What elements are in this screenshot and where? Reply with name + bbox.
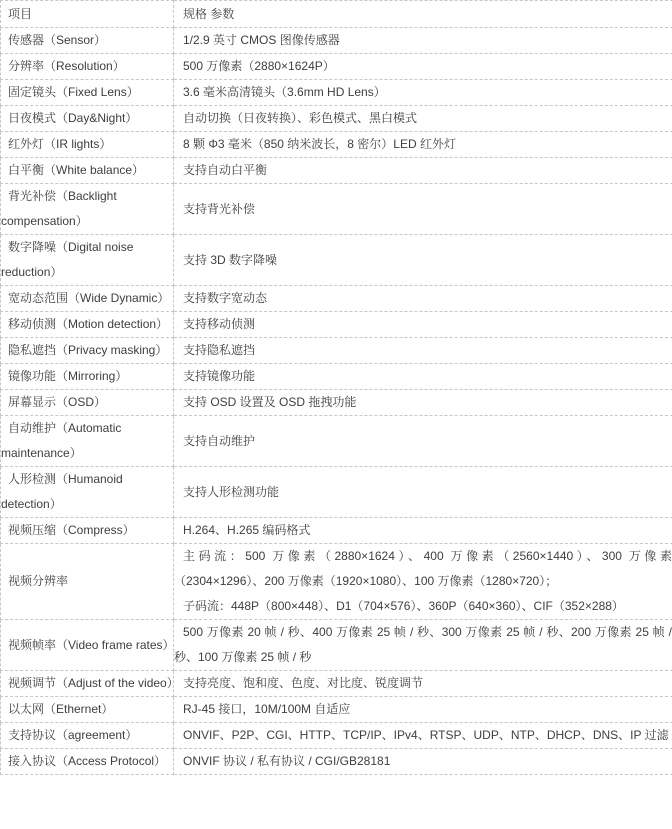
spec-label: 视频调节（Adjust of the video）: [1, 671, 174, 697]
spec-value: 支持亮度、饱和度、色度、对比度、锐度调节: [174, 671, 672, 697]
spec-value: 支持隐私遮挡: [174, 338, 672, 364]
table-row: 数字降噪（Digital noise reduction） 支持 3D 数字降噪: [1, 235, 672, 286]
table-row: 白平衡（White balance） 支持自动白平衡: [1, 158, 672, 184]
table-row: 以太网（Ethernet） RJ-45 接口，10M/100M 自适应: [1, 697, 672, 723]
spec-value-paragraph: 子码流：448P（800×448）、D1（704×576）、360P（640×3…: [174, 594, 672, 619]
spec-value: 500 万像素 20 帧 / 秒、400 万像素 25 帧 / 秒、300 万像…: [174, 620, 672, 671]
spec-label: 支持协议（agreement）: [1, 723, 174, 749]
spec-label: 视频帧率（Video frame rates）: [1, 620, 174, 671]
spec-value: 主码流：500 万像素（2880×1624）、400 万像素（2560×1440…: [174, 544, 672, 620]
spec-value-paragraph: 支持数字宽动态: [174, 286, 672, 311]
spec-label: 视频压缩（Compress）: [1, 518, 174, 544]
spec-value-paragraph: ONVIF 协议 / 私有协议 / CGI/GB28181: [174, 749, 672, 774]
table-row: 屏幕显示（OSD） 支持 OSD 设置及 OSD 拖拽功能: [1, 390, 672, 416]
spec-value-paragraph: 8 颗 Φ3 毫米（850 纳米波长，8 密尔）LED 红外灯: [174, 132, 672, 157]
spec-label: 白平衡（White balance）: [1, 158, 174, 184]
table-row: 镜像功能（Mirroring） 支持镜像功能: [1, 364, 672, 390]
spec-value: H.264、H.265 编码格式: [174, 518, 672, 544]
spec-value-paragraph: 支持自动维护: [174, 429, 672, 454]
spec-value: 1/2.9 英寸 CMOS 图像传感器: [174, 28, 672, 54]
table-row: 视频压缩（Compress） H.264、H.265 编码格式: [1, 518, 672, 544]
spec-value: 支持移动侦测: [174, 312, 672, 338]
spec-label: 人形检测（Humanoid detection）: [1, 467, 174, 518]
table-header-row: 项目 规格 参数: [1, 1, 672, 28]
spec-label: 传感器（Sensor）: [1, 28, 174, 54]
table-row: 固定镜头（Fixed Lens） 3.6 毫米高清镜头（3.6mm HD Len…: [1, 80, 672, 106]
spec-value: 8 颗 Φ3 毫米（850 纳米波长，8 密尔）LED 红外灯: [174, 132, 672, 158]
spec-value: 支持人形检测功能: [174, 467, 672, 518]
spec-label: 宽动态范围（Wide Dynamic）: [1, 286, 174, 312]
spec-value-paragraph: 500 万像素 20 帧 / 秒、400 万像素 25 帧 / 秒、300 万像…: [174, 620, 672, 670]
table-row: 日夜模式（Day&Night） 自动切换（日夜转换）、彩色模式、黑白模式: [1, 106, 672, 132]
spec-value-paragraph: 主码流：500 万像素（2880×1624）、400 万像素（2560×1440…: [174, 544, 672, 594]
spec-value: 自动切换（日夜转换）、彩色模式、黑白模式: [174, 106, 672, 132]
spec-value-paragraph: RJ-45 接口，10M/100M 自适应: [174, 697, 672, 722]
spec-value-paragraph: 1/2.9 英寸 CMOS 图像传感器: [174, 28, 672, 53]
spec-value: 500 万像素（2880×1624P）: [174, 54, 672, 80]
spec-value: 支持 OSD 设置及 OSD 拖拽功能: [174, 390, 672, 416]
spec-value: ONVIF、P2P、CGI、HTTP、TCP/IP、IPv4、RTSP、UDP、…: [174, 723, 672, 749]
spec-value: 支持自动维护: [174, 416, 672, 467]
spec-label: 日夜模式（Day&Night）: [1, 106, 174, 132]
spec-label: 红外灯（IR lights）: [1, 132, 174, 158]
spec-value: 3.6 毫米高清镜头（3.6mm HD Lens）: [174, 80, 672, 106]
spec-value-paragraph: 支持背光补偿: [174, 197, 672, 222]
spec-label: 移动侦测（Motion detection）: [1, 312, 174, 338]
spec-label: 镜像功能（Mirroring）: [1, 364, 174, 390]
spec-label: 数字降噪（Digital noise reduction）: [1, 235, 174, 286]
spec-label: 分辨率（Resolution）: [1, 54, 174, 80]
spec-value-paragraph: 支持亮度、饱和度、色度、对比度、锐度调节: [174, 671, 672, 696]
spec-value-paragraph: 支持人形检测功能: [174, 480, 672, 505]
table-row: 红外灯（IR lights） 8 颗 Φ3 毫米（850 纳米波长，8 密尔）L…: [1, 132, 672, 158]
spec-value-paragraph: 支持自动白平衡: [174, 158, 672, 183]
spec-label: 视频分辨率: [1, 544, 174, 620]
table-row: 背光补偿（Backlight compensation） 支持背光补偿: [1, 184, 672, 235]
spec-label: 背光补偿（Backlight compensation）: [1, 184, 174, 235]
table-row: 接入协议（Access Protocol） ONVIF 协议 / 私有协议 / …: [1, 749, 672, 775]
table-row: 宽动态范围（Wide Dynamic） 支持数字宽动态: [1, 286, 672, 312]
table-row: 视频调节（Adjust of the video） 支持亮度、饱和度、色度、对比…: [1, 671, 672, 697]
table-row: 移动侦测（Motion detection） 支持移动侦测: [1, 312, 672, 338]
spec-value-paragraph: 500 万像素（2880×1624P）: [174, 54, 672, 79]
table-row: 支持协议（agreement） ONVIF、P2P、CGI、HTTP、TCP/I…: [1, 723, 672, 749]
spec-value-paragraph: 支持移动侦测: [174, 312, 672, 337]
spec-value-paragraph: ONVIF、P2P、CGI、HTTP、TCP/IP、IPv4、RTSP、UDP、…: [174, 723, 672, 748]
column-header-item: 项目: [1, 1, 174, 28]
table-row: 传感器（Sensor） 1/2.9 英寸 CMOS 图像传感器: [1, 28, 672, 54]
spec-label: 自动维护（Automatic maintenance）: [1, 416, 174, 467]
table-row: 隐私遮挡（Privacy masking） 支持隐私遮挡: [1, 338, 672, 364]
spec-value: RJ-45 接口，10M/100M 自适应: [174, 697, 672, 723]
spec-value: 支持数字宽动态: [174, 286, 672, 312]
spec-value: 支持背光补偿: [174, 184, 672, 235]
table-row: 视频分辨率 主码流：500 万像素（2880×1624）、400 万像素（256…: [1, 544, 672, 620]
spec-value: ONVIF 协议 / 私有协议 / CGI/GB28181: [174, 749, 672, 775]
column-header-spec: 规格 参数: [174, 1, 672, 28]
spec-value-paragraph: 支持镜像功能: [174, 364, 672, 389]
table-row: 人形检测（Humanoid detection） 支持人形检测功能: [1, 467, 672, 518]
spec-label: 以太网（Ethernet）: [1, 697, 174, 723]
spec-value: 支持自动白平衡: [174, 158, 672, 184]
spec-value-paragraph: 3.6 毫米高清镜头（3.6mm HD Lens）: [174, 80, 672, 105]
spec-value-paragraph: 自动切换（日夜转换）、彩色模式、黑白模式: [174, 106, 672, 131]
spec-value-paragraph: 支持 OSD 设置及 OSD 拖拽功能: [174, 390, 672, 415]
spec-value: 支持 3D 数字降噪: [174, 235, 672, 286]
table-row: 自动维护（Automatic maintenance） 支持自动维护: [1, 416, 672, 467]
table-row: 视频帧率（Video frame rates） 500 万像素 20 帧 / 秒…: [1, 620, 672, 671]
spec-value: 支持镜像功能: [174, 364, 672, 390]
spec-label: 隐私遮挡（Privacy masking）: [1, 338, 174, 364]
spec-value-paragraph: 支持 3D 数字降噪: [174, 248, 672, 273]
spec-label: 固定镜头（Fixed Lens）: [1, 80, 174, 106]
spec-value-paragraph: H.264、H.265 编码格式: [174, 518, 672, 543]
spec-table: 项目 规格 参数 传感器（Sensor） 1/2.9 英寸 CMOS 图像传感器…: [0, 0, 672, 775]
spec-label: 屏幕显示（OSD）: [1, 390, 174, 416]
spec-value-paragraph: 支持隐私遮挡: [174, 338, 672, 363]
spec-sheet-page: 项目 规格 参数 传感器（Sensor） 1/2.9 英寸 CMOS 图像传感器…: [0, 0, 672, 775]
table-row: 分辨率（Resolution） 500 万像素（2880×1624P）: [1, 54, 672, 80]
spec-label: 接入协议（Access Protocol）: [1, 749, 174, 775]
spec-table-body: 传感器（Sensor） 1/2.9 英寸 CMOS 图像传感器 分辨率（Reso…: [1, 28, 672, 775]
